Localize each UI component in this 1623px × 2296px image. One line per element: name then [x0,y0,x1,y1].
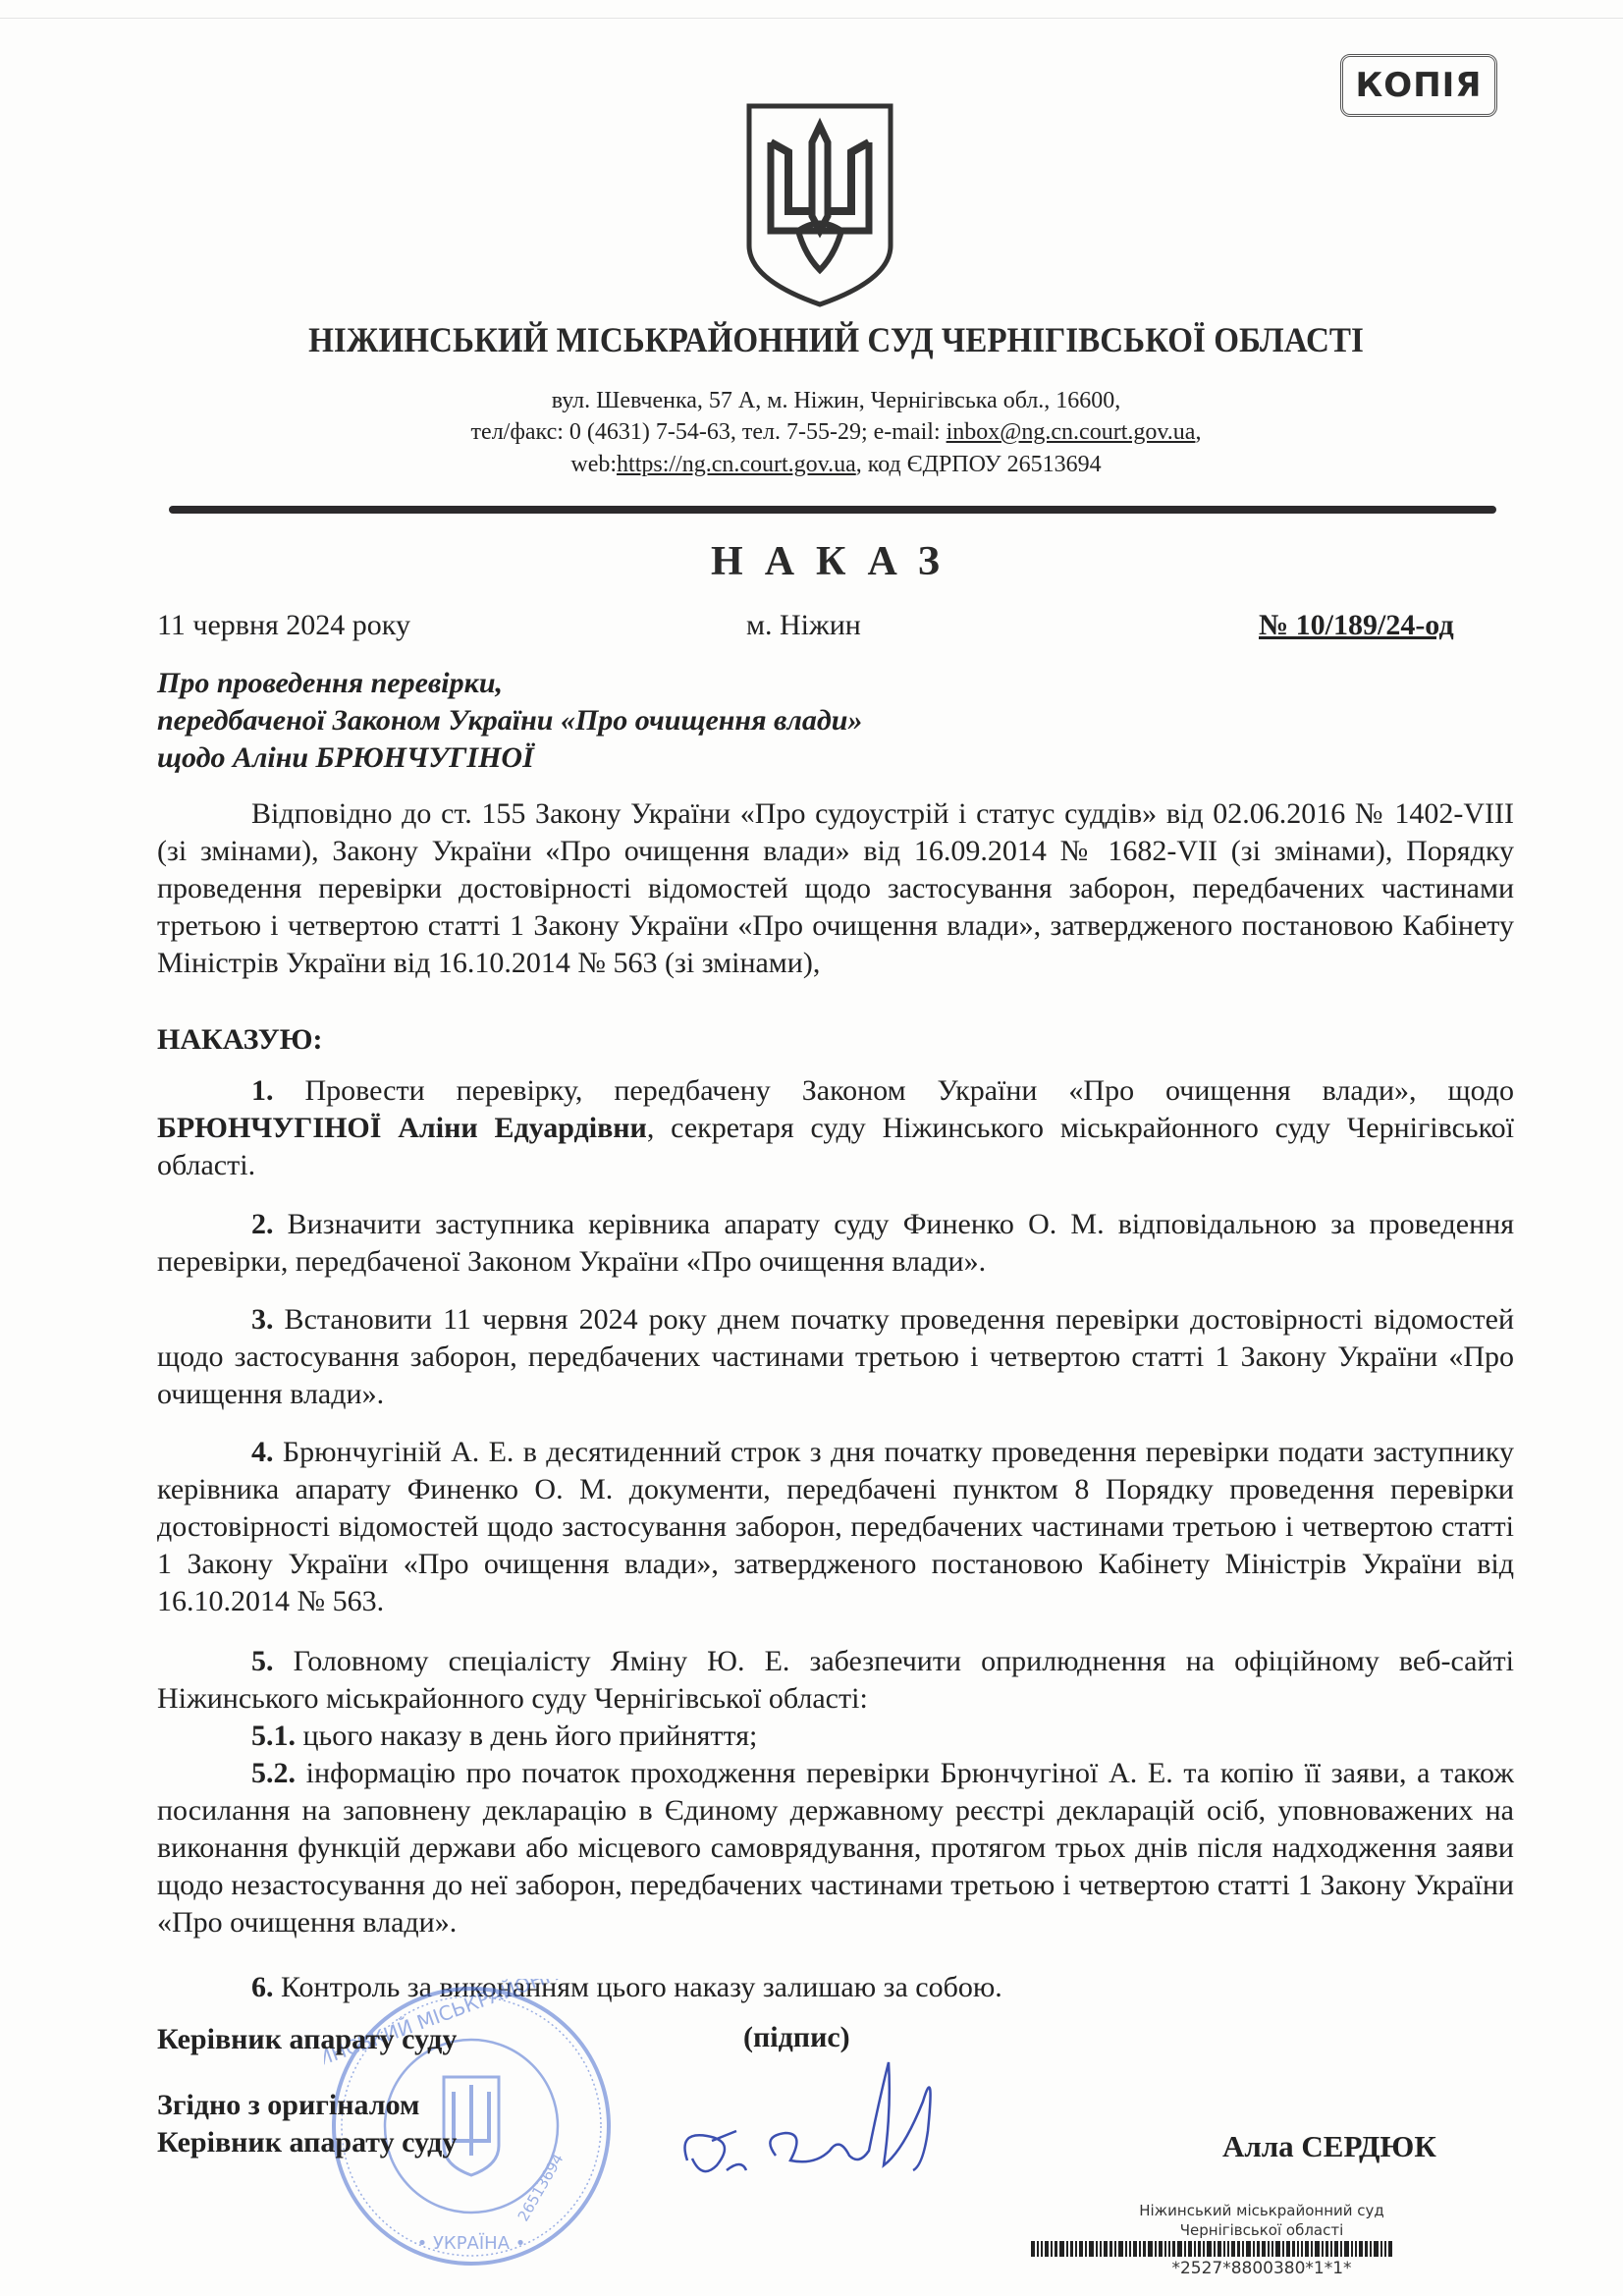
document-city: м. Ніжин [746,609,861,642]
item-text: Головному спеціалісту Яміну Ю. Е. забезп… [157,1645,1514,1715]
footer-court-line-2: Чернігівської області [1031,2221,1492,2239]
footer-court-line-1: Ніжинський міськрайонний суд [1031,2202,1492,2219]
svg-text:26513694: 26513694 [514,2151,568,2224]
copy-stamp: КОПІЯ [1340,54,1497,117]
order-item-5: 5. Головному спеціалісту Яміну Ю. Е. заб… [157,1643,1514,1718]
order-item-5-2: 5.2. інформацію про початок проходження … [157,1755,1514,1941]
item-text: Брюнчугіній А. Е. в десятиденний строк з… [157,1436,1514,1617]
phone-text: тел/факс: 0 (4631) 7-54-63, тел. 7-55-29… [471,419,947,445]
email-link[interactable]: inbox@ng.cn.court.gov.ua [947,419,1196,445]
preamble: Відповідно до ст. 155 Закону України «Пр… [157,795,1514,982]
item-number: 2. [251,1208,274,1240]
handwritten-signature-icon [668,2043,992,2190]
order-item-1: 1. Провести перевірку, передбачену Закон… [157,1072,1514,1184]
barcode-number: *2527*8800380*1*1* [1031,2259,1492,2278]
item-text: цього наказу в день його прийняття; [296,1720,757,1752]
item-text: інформацію про початок проходження перев… [157,1757,1514,1939]
item-number: 1. [251,1074,274,1107]
item-number: 4. [251,1436,274,1468]
subject-line: передбаченої Законом України «Про очищен… [157,702,862,739]
signer-position: Керівник апарату суду [157,2021,457,2058]
item-number: 5. [251,1645,274,1677]
document-title: НАКАЗ [147,538,1525,585]
item-number: 5.2. [251,1757,296,1789]
document-number: № 10/189/24-од [1259,609,1454,642]
document-subject: Про проведення перевірки, передбаченої З… [157,665,862,777]
order-item-5-1: 5.1. цього наказу в день його прийняття; [157,1718,1514,1755]
court-name: НІЖИНСЬКИЙ МІСЬКРАЙОННИЙ СУД ЧЕРНІГІВСЬК… [202,319,1470,360]
item-text: Встановити 11 червня 2024 року днем поча… [157,1303,1514,1410]
order-item-4: 4. Брюнчугіній А. Е. в десятиденний стро… [157,1434,1514,1620]
person-name: БРЮНЧУГІНОЇ Аліни Едуардівни [157,1112,647,1144]
subject-line: Про проведення перевірки, [157,665,862,702]
order-item-3: 3. Встановити 11 червня 2024 року днем п… [157,1301,1514,1413]
certifier-position: Керівник апарату суду [157,2124,457,2161]
order-word: НАКАЗУЮ: [157,1021,1514,1059]
item-number: 6. [251,1971,274,2003]
document-date: 11 червня 2024 року [157,609,410,642]
coat-of-arms-icon [741,98,898,309]
court-address: вул. Шевченка, 57 А, м. Ніжин, Чернігівс… [147,388,1525,414]
punctuation: , [1195,419,1201,445]
certified-copy-label: Згідно з оригіналом [157,2087,419,2124]
header-divider [169,506,1496,514]
subject-line: щодо Аліни БРЮНЧУГІНОЇ [157,739,862,777]
svg-text:• УКРАЇНА •: • УКРАЇНА • [417,2233,526,2254]
order-item-2: 2. Визначити заступника керівника апарат… [157,1206,1514,1281]
edrpou-text: , код ЄДРПОУ 26513694 [856,452,1102,477]
item-text: Визначити заступника керівника апарату с… [157,1208,1514,1278]
court-contacts: тел/факс: 0 (4631) 7-54-63, тел. 7-55-29… [147,419,1525,446]
scan-edge-line [0,18,1623,19]
signer-name: Алла СЕРДЮК [1222,2129,1436,2164]
barcode-icon [1031,2241,1492,2257]
court-web: web:https://ng.cn.court.gov.ua, код ЄДРП… [147,452,1525,478]
item-number: 5.1. [251,1720,296,1752]
item-number: 3. [251,1303,274,1336]
website-link[interactable]: https://ng.cn.court.gov.ua [617,452,856,477]
web-label: web: [570,452,617,477]
item-text: Провести перевірку, передбачену Законом … [274,1074,1515,1107]
